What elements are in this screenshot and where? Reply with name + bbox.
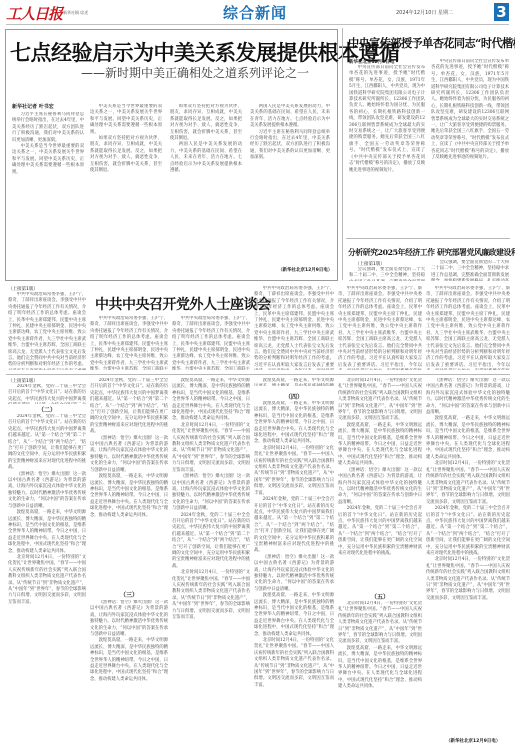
section-heading-4: （四） — [254, 392, 334, 401]
paragraph: 敦煌莫高窟，一路走来，中华文明源远流长、博大精深，是中华民族独特的精神标识，是当… — [254, 378, 334, 386]
middle-article-title[interactable]: 中共中央召开党外人士座谈会 — [95, 294, 265, 314]
issue-date: 2024年12月10日 星期二 — [396, 9, 453, 16]
bottom-article-column-2b: 《黑神话：悟空》爆火出圈！这一款以中国古典名著《西游记》为背景的游戏，让海内外玩… — [90, 600, 168, 744]
middle-article-column-5: 中共中央政治局常委李强、王沪宁、蔡奇、丁薛祥出席座谈会。李强受中共中央委托通报了… — [338, 286, 422, 370]
bottom-article-column-2a: 2024年金秋，党的二十届三中全会召开后的首个“中华文化日”。站在新的历史起点，… — [90, 378, 168, 588]
paragraph: 两国人民是中美关系发展的动力，中美关系的基础在民间、希望在人民、未来在青年、活力… — [170, 142, 242, 174]
right-article-1-column-1: 中央宣传部日前向全社会宣传发布单杏花的先进事迹，授予她“时代楷模”称号。单杏花，… — [349, 65, 425, 235]
paragraph: 《黑神话：悟空》爆火出圈！这一款以中国古典名著《西游记》为背景的游戏，让海内外玩… — [172, 474, 250, 512]
paragraph: 中共中央政治局常委李强、王沪宁、蔡奇、丁薛祥出席座谈会。李强受中共中央委托通报了… — [338, 286, 422, 370]
paragraph: 2024年金秋，党的二十届三中全会召开后的首个“中华文化日”。站在新的历史起点，… — [426, 506, 510, 557]
paragraph: 北京时间12月4日，一份特别的“文化贺礼”让世界聚焦中国。“春节——中国人庆祝传… — [338, 378, 422, 423]
lead-article-column-1: 习近平主席在秘鲁利马同拜登总统举行会晤时指出，在过去4年里，中美关系经历了跌宕起… — [12, 112, 84, 272]
paragraph: 如果双方坚持把对方视为伙伴、朋友，求同存异、互相成就，中美关系就能取得长足发展。… — [170, 104, 242, 142]
paragraph: 北京时间12月4日，一份特别的“文化贺礼”让世界聚焦中国。“春节——中国人庆祝传… — [172, 423, 250, 474]
lead-article-credit: （新华社北京12月9日电） — [278, 267, 332, 273]
paragraph: 2024年金秋，党的二十届三中全会召开后的首个“中华文化日”。站在新的历史起点，… — [8, 384, 86, 404]
paragraph: 《黑神话：悟空》爆火出圈！这一款以中国古典名著《西游记》为背景的游戏，让海内外玩… — [254, 555, 334, 593]
bottom-article-column-5b: 北京时间12月4日，一份特别的“文化贺礼”让世界聚焦中国。“春节——中国人庆祝传… — [338, 601, 422, 744]
paragraph: 北京时间12月4日，一份特别的“文化贺礼”让世界聚焦中国。“春节——中国人庆祝传… — [426, 461, 510, 506]
paragraph: 会议强调，要全面贯彻党的二十大和二十届二中、三中全会精神，坚持稳中求进工作总基调… — [349, 267, 425, 281]
middle-article-column-2: 中共中央政治局常委李强、王沪宁、蔡奇、丁薛祥出席座谈会。李强受中共中央委托通报了… — [90, 316, 168, 370]
middle-article-column-6: 中共中央政治局常委李强、王沪宁、蔡奇、丁薛祥出席座谈会。李强受中共中央委托通报了… — [426, 286, 510, 370]
paragraph: 中央宣传部日前向全社会宣传发布单杏花的先进事迹，授予她“时代楷模”称号。单杏花，… — [431, 59, 509, 162]
lead-article-byline: 新华社记者 叶书宏 — [12, 103, 54, 110]
paragraph: 《黑神话：悟空》爆火出圈！这一款以中国古典名著《西游记》为背景的游戏，让海内外玩… — [90, 600, 168, 638]
paragraph: 北京时间12月4日，一份特别的“文化贺礼”让世界聚焦中国。“春节——中国人庆祝传… — [338, 601, 422, 646]
paragraph: 中美关系是当今世界最重要的双边关系之一，中美关系发展关乎世界和平与发展。回望中美… — [12, 144, 84, 176]
paragraph: 习近平主席在秘鲁利马同拜登总统举行会晤时指出，在过去4年里，中美关系经历了跌宕起… — [250, 130, 330, 162]
lead-article-column-2: 中美关系是当今世界最重要的双边关系之一，中美关系发展关乎世界和平与发展。回望中美… — [90, 104, 162, 272]
paragraph: 中共中央政治局常委李强、王沪宁、蔡奇、丁薛祥出席座谈会。李强受中共中央委托通报了… — [426, 286, 510, 370]
paragraph: 中共中央政治局常委李强、王沪宁、蔡奇、丁薛祥出席座谈会。李强受中共中央委托通报了… — [172, 316, 250, 370]
right-article-2-column-1: 会议强调，要全面贯彻党的二十大和二十届二中、三中全会精神，坚持稳中求进工作总基调… — [349, 267, 425, 281]
section-heading-2: （二） — [8, 405, 86, 414]
paragraph: 会议强调，要全面贯彻党的二十大和二十届二中、三中全会精神，坚持稳中求进工作总基调… — [431, 260, 509, 281]
paragraph: 敦煌莫高窟，一路走来，中华文明源远流长、博大精深，是中华民族独特的精神标识，是当… — [254, 401, 334, 446]
paragraph: 2024年金秋，党的二十届三中全会召开后的首个“中华文化日”。站在新的历史起点，… — [338, 506, 422, 557]
bottom-article-column-1a: 2024年金秋，党的二十届三中全会召开后的首个“中华文化日”。站在新的历史起点，… — [8, 384, 86, 404]
right-article-2-title[interactable]: 分析研究2025年经济工作 研究部署党风廉政建设和反腐败工作 — [348, 247, 510, 258]
paragraph: 北京时间12月4日，一份特别的“文化贺礼”让世界聚焦中国。“春节——中国人庆祝传… — [172, 570, 250, 621]
paragraph: 2024年金秋，党的二十届三中全会召开后的首个“中华文化日”。站在新的历史起点，… — [254, 497, 334, 555]
paragraph: 中共中央政治局常委李强、王沪宁、蔡奇、丁薛祥出席座谈会。李强受中共中央委托通报了… — [90, 316, 168, 370]
section-heading-3: （三） — [90, 590, 168, 599]
section-divider — [6, 374, 510, 375]
lead-article-column-3: 如果双方坚持把对方视为伙伴、朋友，求同存异、互相成就，中美关系就能取得长足发展。… — [170, 104, 242, 272]
bottom-article-column-3: 敦煌莫高窟，一路走来，中华文明源远流长、博大精深，是中华民族独特的精神标识，是当… — [172, 378, 250, 744]
paragraph: 中共中央政治局常委李强、王沪宁、蔡奇、丁薛祥出席座谈会。李强受中共中央委托通报了… — [254, 286, 334, 370]
paragraph: 敦煌莫高窟，一路走来，中华文明源远流长、博大精深，是中华民族独特的精神标识，是当… — [172, 378, 250, 423]
paragraph: 2024年金秋，党的二十届三中全会召开后的首个“中华文化日”。站在新的历史起点，… — [8, 414, 86, 472]
paragraph: 敦煌莫高窟，一路走来，中华文明源远流长、博大精深，是中华民族独特的精神标识，是当… — [8, 510, 86, 555]
bottom-article-column-1b: 2024年金秋，党的二十届三中全会召开后的首个“中华文化日”。站在新的历史起点，… — [8, 414, 86, 744]
middle-article-column-4: 中共中央政治局常委李强、王沪宁、蔡奇、丁薛祥出席座谈会。李强受中共中央委托通报了… — [254, 286, 334, 370]
paragraph: 敦煌莫高窟，一路走来，中华文明源远流长、博大精深，是中华民族独特的精神标识，是当… — [254, 593, 334, 638]
bottom-article-credit: （新华社北京12月9日电） — [446, 738, 500, 744]
bottom-article-column-4a: 敦煌莫高窟，一路走来，中华文明源远流长、博大精深，是中华民族独特的精神标识，是当… — [254, 378, 334, 386]
bottom-article-column-4b: 敦煌莫高窟，一路走来，中华文明源远流长、博大精深，是中华民族独特的精神标识，是当… — [254, 401, 334, 744]
lead-article-subtitle: ——新时期中美正确相处之道系列评论之一 — [60, 64, 330, 81]
paragraph: 中美关系是当今世界最重要的双边关系之一，中美关系发展关乎世界和平与发展。回望中美… — [90, 104, 162, 136]
paragraph: 习近平主席在秘鲁利马同拜登总统举行会晤时指出，在过去4年里，中美关系经历了跌宕起… — [12, 112, 84, 144]
paragraph: 北京时间12月4日，一份特别的“文化贺礼”让世界聚焦中国。“春节——中国人庆祝传… — [8, 555, 86, 606]
paragraph: 敦煌莫高窟，一路走来，中华文明源远流长、博大精深，是中华民族独特的精神标识，是当… — [90, 638, 168, 683]
paragraph: 中央宣传部日前向全社会宣传发布单杏花的先进事迹，授予她“时代楷模”称号。单杏花，… — [349, 65, 425, 174]
section-heading-5: （五） — [338, 592, 422, 601]
middle-article-column-1: 中共中央政治局常委李强、王沪宁、蔡奇、丁薛祥出席座谈会。李强受中共中央委托通报了… — [8, 292, 86, 370]
section-title: 综合新闻 — [223, 2, 287, 23]
lead-article-title[interactable]: 七点经验启示为中美关系发展提供根本遵循 — [10, 37, 330, 67]
paragraph: 敦煌莫高窟，一路走来，中华文明源远流长、博大精深，是中华民族独特的精神标识，是当… — [338, 646, 422, 691]
paragraph: 北京时间12月4日，一份特别的“文化贺礼”让世界聚焦中国。“春节——中国人庆祝传… — [254, 638, 334, 689]
section-divider — [346, 238, 510, 239]
column-divider — [342, 28, 343, 280]
lead-article-column-4: 两国人民是中美关系发展的动力，中美关系的基础在民间、希望在人民、未来在青年、活力… — [250, 104, 330, 264]
logo-subtitle: 新华社稿 综述 — [63, 10, 88, 16]
bottom-article-column-5a: 北京时间12月4日，一份特别的“文化贺礼”让世界聚焦中国。“春节——中国人庆祝传… — [338, 378, 422, 590]
paragraph: 北京时间12月4日，一份特别的“文化贺礼”让世界聚焦中国。“春节——中国人庆祝传… — [254, 446, 334, 497]
paragraph: 《黑神话：悟空》爆火出圈！这一款以中国古典名著《西游记》为背景的游戏，让海内外玩… — [90, 436, 168, 474]
newspaper-logo: 工人日报 — [6, 3, 62, 24]
right-article-1-title[interactable]: 中央宣传部授予单杏花同志“时代楷模”称号 — [348, 35, 510, 51]
paragraph: 敦煌莫高窟，一路走来，中华文明源远流长、博大精深，是中华民族独特的精神标识，是当… — [338, 423, 422, 468]
paragraph: 敦煌莫高窟，一路走来，中华文明源远流长、博大精深，是中华民族独特的精神标识，是当… — [426, 416, 510, 461]
paragraph: 2024年金秋，党的二十届三中全会召开后的首个“中华文化日”。站在新的历史起点，… — [172, 513, 250, 571]
right-article-2-column-2: 会议强调，要全面贯彻党的二十大和二十届二中、三中全会精神，坚持稳中求进工作总基调… — [431, 260, 509, 281]
paragraph: 2024年金秋，党的二十届三中全会召开后的首个“中华文化日”。站在新的历史起点，… — [90, 378, 168, 436]
right-article-1-column-2: 中央宣传部日前向全社会宣传发布单杏花的先进事迹，授予她“时代楷模”称号。单杏花，… — [431, 59, 509, 235]
paragraph: 《黑神话：悟空》爆火出圈！这一款以中国古典名著《西游记》为背景的游戏，让海内外玩… — [426, 378, 510, 416]
paragraph: 《黑神话：悟空》爆火出圈！这一款以中国古典名著《西游记》为背景的游戏，让海内外玩… — [8, 472, 86, 510]
page-number-badge: 3 — [494, 3, 509, 21]
paragraph: 敦煌莫高窟，一路走来，中华文明源远流长、博大精深，是中华民族独特的精神标识，是当… — [90, 474, 168, 519]
paragraph: 两国人民是中美关系发展的动力，中美关系的基础在民间、希望在人民、未来在青年、活力… — [250, 104, 330, 130]
paragraph: 中共中央政治局常委李强、王沪宁、蔡奇、丁薛祥出席座谈会。李强受中共中央委托通报了… — [8, 292, 86, 370]
middle-article-column-3: 中共中央政治局常委李强、王沪宁、蔡奇、丁薛祥出席座谈会。李强受中共中央委托通报了… — [172, 316, 250, 370]
paragraph: 如果双方坚持把对方视为伙伴、朋友，求同存异、互相成就，中美关系就能取得长足发展。… — [90, 136, 162, 174]
bottom-article-column-6: 《黑神话：悟空》爆火出圈！这一款以中国古典名著《西游记》为背景的游戏，让海内外玩… — [426, 378, 510, 734]
paragraph: 北京时间12月4日，一份特别的“文化贺礼”让世界聚焦中国。“春节——中国人庆祝传… — [426, 557, 510, 602]
paragraph: 《黑神话：悟空》爆火出圈！这一款以中国古典名著《西游记》为背景的游戏，让海内外玩… — [338, 468, 422, 506]
